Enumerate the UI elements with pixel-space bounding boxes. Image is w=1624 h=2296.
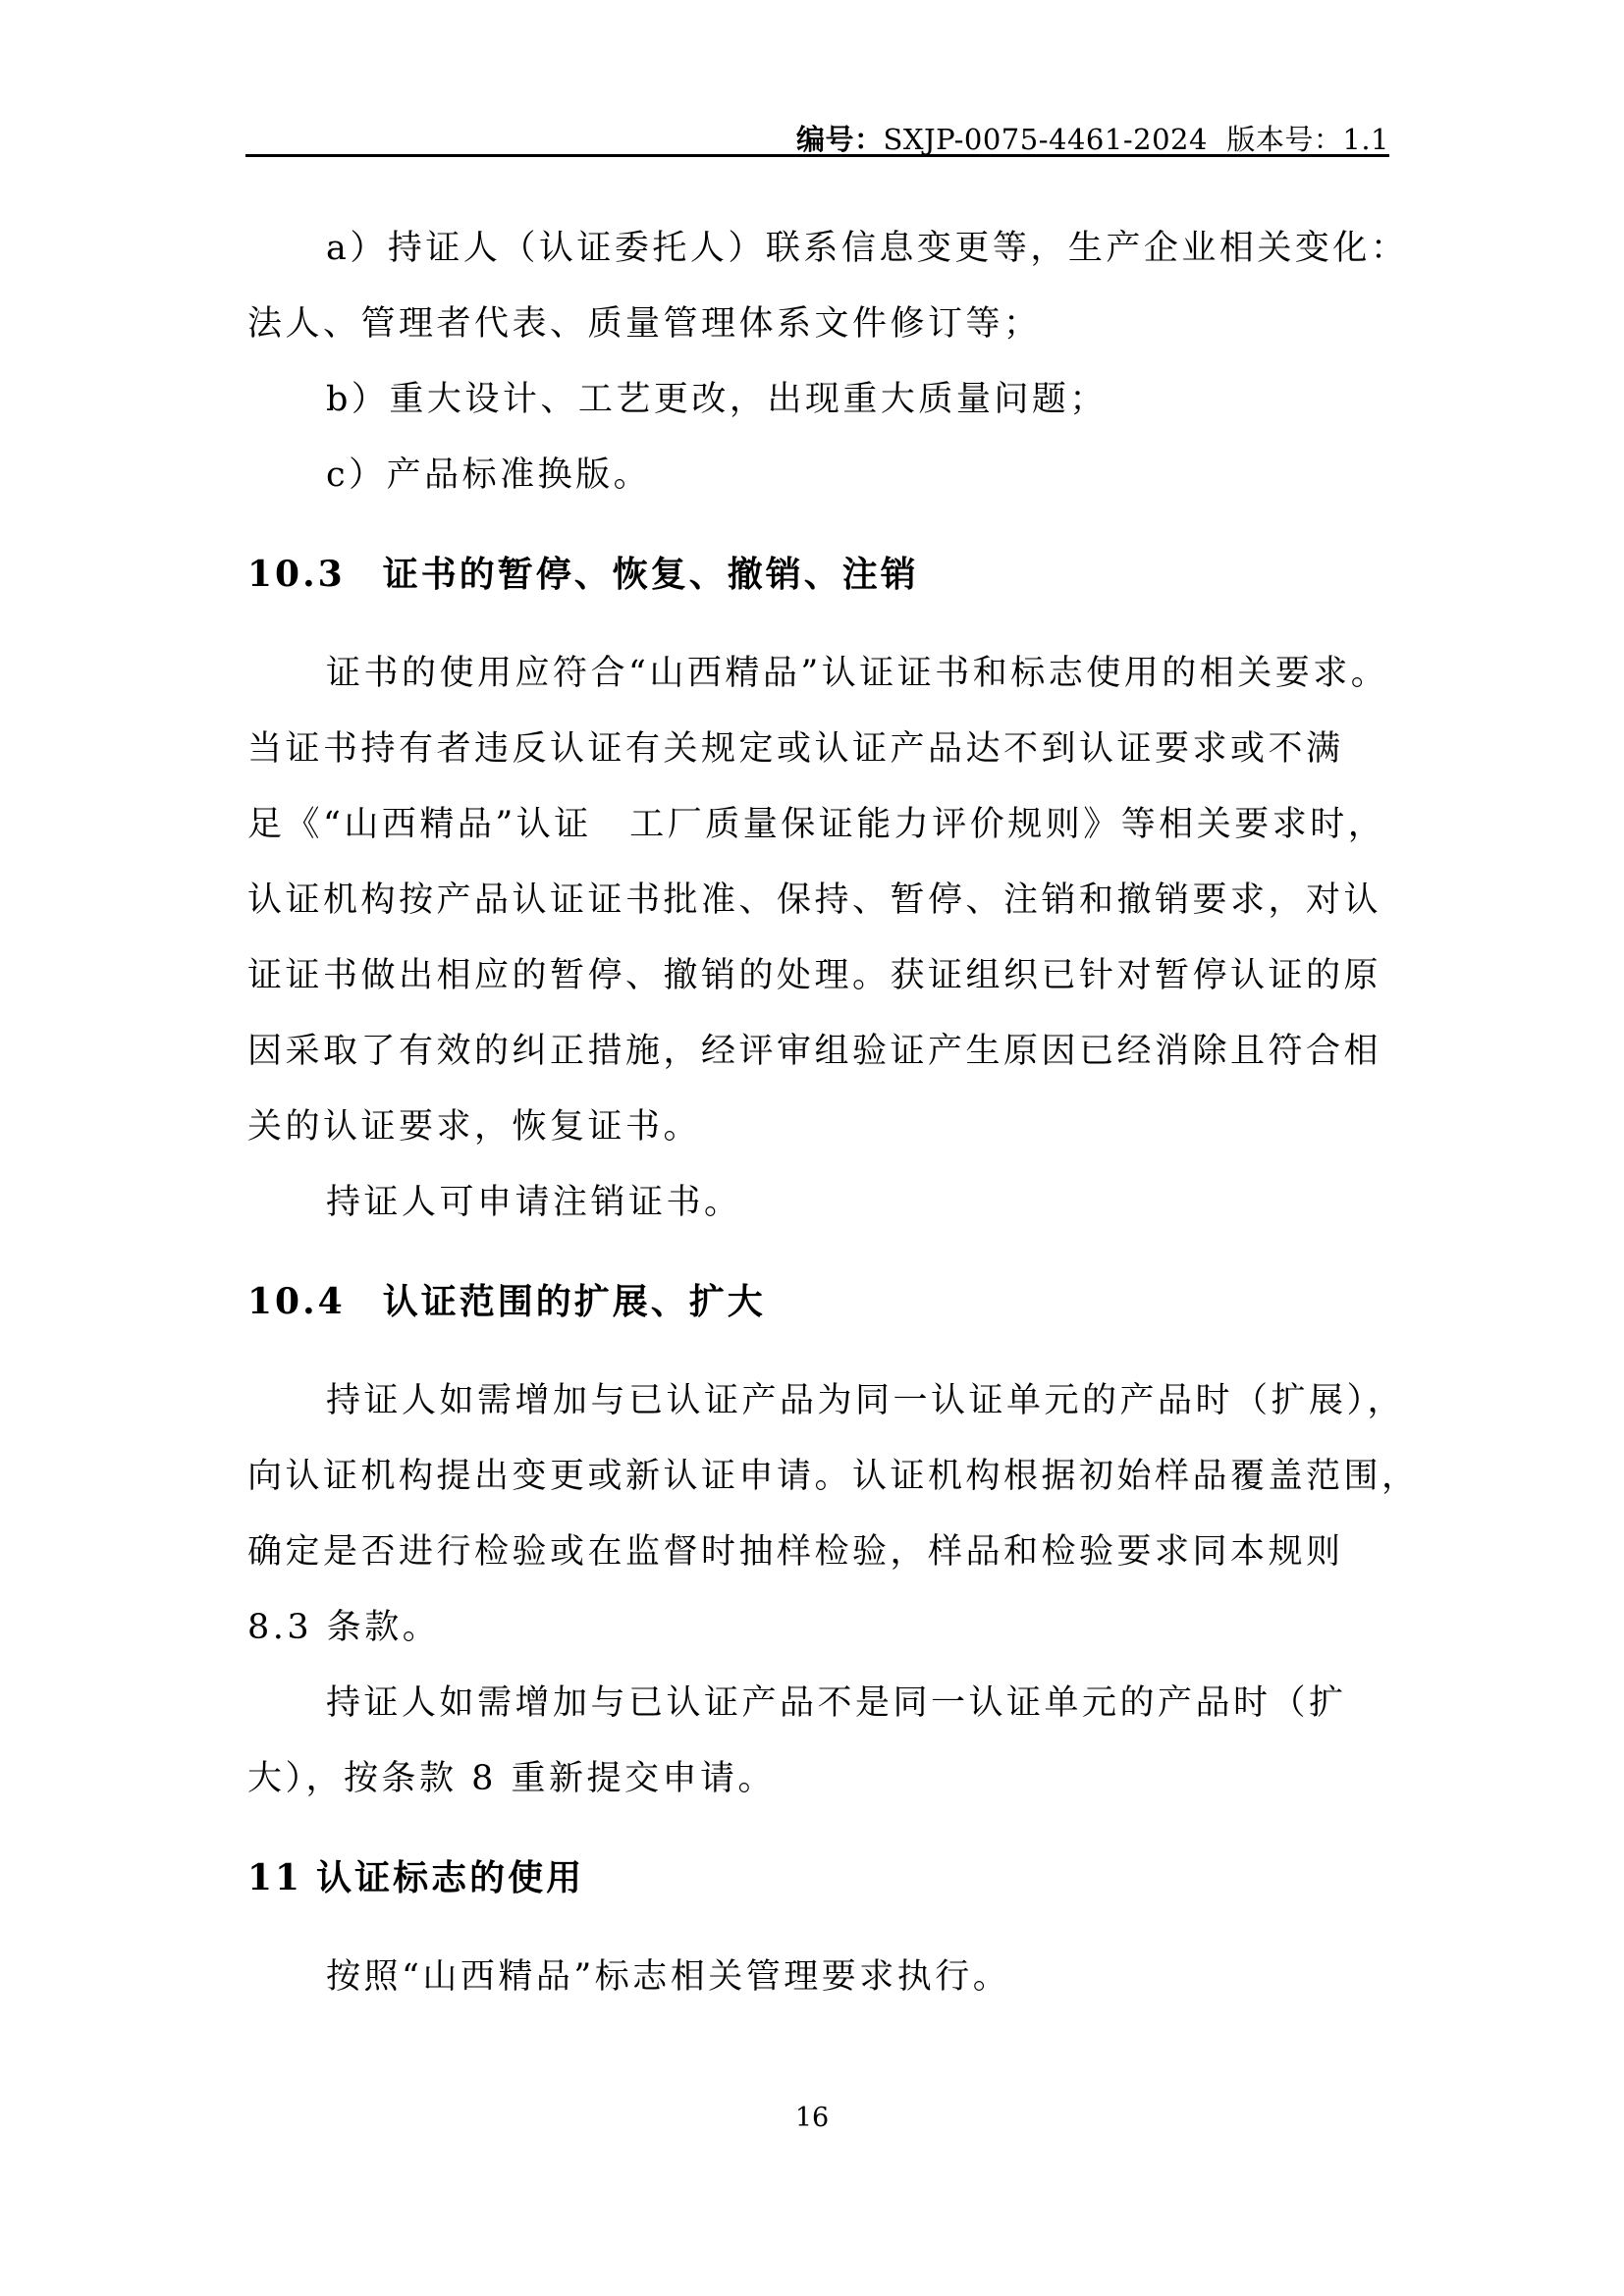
section-number: 11 xyxy=(247,1857,302,1898)
paragraph-line: 向认证机构提出变更或新认证申请。认证机构根据初始样品覆盖范围， xyxy=(247,1439,1391,1515)
section-number: 10.3 xyxy=(247,554,346,595)
list-item-b: b）重大设计、工艺更改，出现重大质量问题； xyxy=(247,362,1391,438)
section-title: 认证范围的扩展、扩大 xyxy=(383,1281,766,1322)
paragraph-line: 当证书持有者违反认证有关规定或认证产品达不到认证要求或不满 xyxy=(247,712,1391,787)
paragraph-line: 8.3 条款。 xyxy=(247,1590,1391,1666)
paragraph-line: 证书的使用应符合“山西精品”认证证书和标志使用的相关要求。 xyxy=(247,636,1391,712)
paragraph-line: 证证书做出相应的暂停、撤销的处理。获证组织已针对暂停认证的原 xyxy=(247,938,1391,1014)
section-heading-11: 11认证标志的使用 xyxy=(247,1850,1391,1900)
paragraph-line: 关的认证要求，恢复证书。 xyxy=(247,1090,1391,1165)
paragraph-line: 因采取了有效的纠正措施，经评审组验证产生原因已经消除且符合相 xyxy=(247,1014,1391,1090)
paragraph-line: 持证人可申请注销证书。 xyxy=(247,1165,1391,1241)
paragraph-line: 认证机构按产品认证证书批准、保持、暂停、注销和撤销要求，对认 xyxy=(247,863,1391,938)
code-label: 编号： xyxy=(796,123,884,156)
paragraph-line: 按照“山西精品”标志相关管理要求执行。 xyxy=(247,1940,1391,2015)
section-heading-10-4: 10.4认证范围的扩展、扩大 xyxy=(247,1274,1391,1324)
page-body: a）持证人（认证委托人）联系信息变更等，生产企业相关变化： 法人、管理者代表、质… xyxy=(247,211,1391,2015)
page-number: 16 xyxy=(0,2103,1624,2133)
list-item-c: c）产品标准换版。 xyxy=(247,438,1391,513)
list-item-a-line2: 法人、管理者代表、质量管理体系文件修订等； xyxy=(247,287,1391,362)
section-number: 10.4 xyxy=(247,1281,346,1322)
paragraph-line: 大），按条款 8 重新提交申请。 xyxy=(247,1741,1391,1817)
document-id: 编号：SXJP-0075-4461-2024 版本号：1.1 xyxy=(796,118,1389,158)
paragraph-line: 持证人如需增加与已认证产品不是同一认证单元的产品时（扩 xyxy=(247,1666,1391,1741)
header-divider xyxy=(245,154,1389,157)
section-title: 证书的暂停、恢复、撤销、注销 xyxy=(383,554,919,595)
list-item-a-line1: a）持证人（认证委托人）联系信息变更等，生产企业相关变化： xyxy=(247,211,1391,287)
page-header: 编号：SXJP-0075-4461-2024 版本号：1.1 xyxy=(245,110,1389,155)
paragraph-line: 足《“山西精品”认证 工厂质量保证能力评价规则》等相关要求时， xyxy=(247,787,1391,863)
section-title: 认证标志的使用 xyxy=(316,1857,584,1898)
version-value: 1.1 xyxy=(1342,123,1389,156)
paragraph-line: 确定是否进行检验或在监督时抽样检验，样品和检验要求同本规则 xyxy=(247,1515,1391,1590)
section-heading-10-3: 10.3证书的暂停、恢复、撤销、注销 xyxy=(247,547,1391,597)
code-value: SXJP-0075-4461-2024 xyxy=(884,123,1208,156)
paragraph-line: 持证人如需增加与已认证产品为同一认证单元的产品时（扩展）， xyxy=(247,1363,1391,1439)
version-label: 版本号： xyxy=(1226,123,1342,156)
